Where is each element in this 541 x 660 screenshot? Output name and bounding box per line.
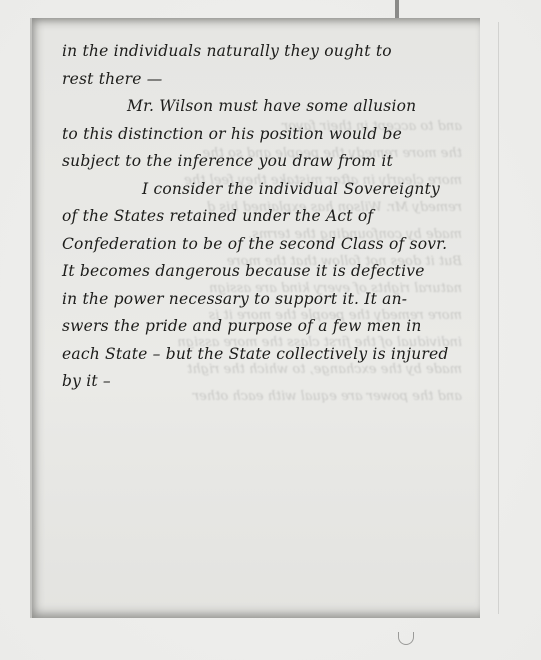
text-line: It becomes dangerous because it is defec… [62, 258, 462, 286]
text-line: to this distinction or his position woul… [62, 121, 462, 149]
text-line: Mr. Wilson must have some allusion [62, 93, 462, 121]
handwritten-text: in the individuals naturally they ought … [62, 38, 462, 396]
text-line: of the States retained under the Act of [62, 203, 462, 231]
text-line: in the power necessary to support it. It… [62, 286, 462, 314]
text-line: rest there — [62, 66, 462, 94]
text-line: by it – [62, 368, 462, 396]
text-line: swers the pride and purpose of a few men… [62, 313, 462, 341]
text-line: in the individuals naturally they ought … [62, 38, 462, 66]
text-line: I consider the individual Sovereignty [62, 176, 462, 204]
text-line: subject to the inference you draw from i… [62, 148, 462, 176]
text-line: each State – but the State collectively … [62, 341, 462, 369]
text-line: Confederation to be of the second Class … [62, 231, 462, 259]
